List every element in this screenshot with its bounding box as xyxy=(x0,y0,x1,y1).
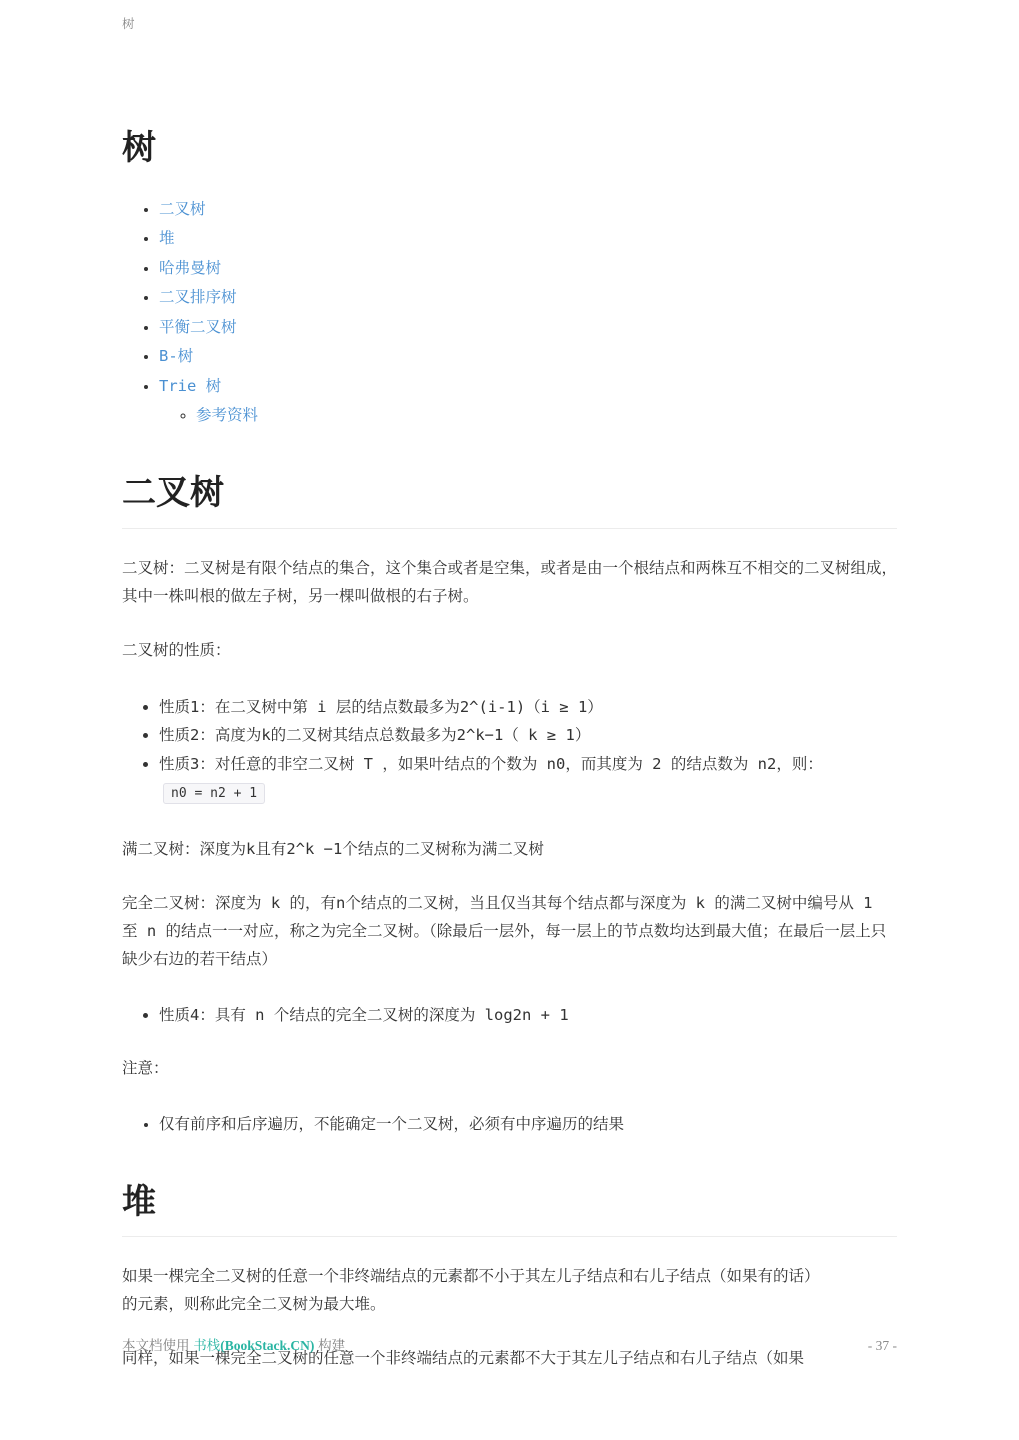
brand-latin: (BookStack.CN) xyxy=(220,1338,314,1353)
property-1: 性质1：在二叉树中第 i 层的结点数最多为2^(i-1)（i ≥ 1） xyxy=(159,693,897,722)
property-4: 性质4：具有 n 个结点的完全二叉树的深度为 log2n + 1 xyxy=(159,1001,897,1030)
toc-link-balanced-binary-tree[interactable]: 平衡二叉树 xyxy=(159,318,237,336)
toc-link-binary-tree[interactable]: 二叉树 xyxy=(159,200,206,218)
toc-item: B-树 xyxy=(159,342,897,372)
footer-build-note: 本文档使用 书栈(BookStack.CN) 构建 xyxy=(122,1334,345,1354)
section-heading-binary-tree: 二叉树 xyxy=(122,473,897,529)
property-3: 性质3：对任意的非空二叉树 T ，如果叶结点的个数为 n0，而其度为 2 的结点… xyxy=(159,750,897,809)
binary-tree-properties-list: 性质1：在二叉树中第 i 层的结点数最多为2^(i-1)（i ≥ 1） 性质2：… xyxy=(122,693,897,809)
property-3-code: n0 = n2 + 1 xyxy=(163,783,265,804)
complete-binary-tree-definition: 完全二叉树：深度为 k 的，有n个结点的二叉树，当且仅当其每个结点都与深度为 k… xyxy=(122,889,897,973)
toc-link-huffman-tree[interactable]: 哈弗曼树 xyxy=(159,259,221,277)
toc-item: 堆 xyxy=(159,224,897,254)
running-header: 树 xyxy=(122,14,897,32)
toc-item: 平衡二叉树 xyxy=(159,313,897,343)
toc-link-heap[interactable]: 堆 xyxy=(159,229,175,247)
toc-item: Trie 树 参考资料 xyxy=(159,372,897,431)
footer-prefix: 本文档使用 xyxy=(122,1338,193,1353)
binary-tree-properties-label: 二叉树的性质： xyxy=(122,637,897,665)
toc-subitem: 参考资料 xyxy=(196,401,897,431)
toc-item: 二叉排序树 xyxy=(159,283,897,313)
binary-tree-definition: 二叉树：二叉树是有限个结点的集合，这个集合或者是空集，或者是由一个根结点和两株互… xyxy=(122,555,897,611)
document-page: 树 树 二叉树 堆 哈弗曼树 二叉排序树 平衡二叉树 B-树 Trie 树 参考… xyxy=(0,0,1019,1440)
page-number: - 37 - xyxy=(868,1338,897,1354)
brand-cjk: 书栈 xyxy=(193,1338,220,1353)
note-label: 注意： xyxy=(122,1055,897,1083)
section-heading-heap: 堆 xyxy=(122,1182,897,1238)
toc-link-b-tree[interactable]: B-树 xyxy=(159,347,193,365)
bookstack-brand-link[interactable]: 书栈(BookStack.CN) xyxy=(193,1338,314,1353)
heap-paragraph-1: 如果一棵完全二叉树的任意一个非终端结点的元素都不小于其左儿子结点和右儿子结点（如… xyxy=(122,1263,897,1319)
page-footer: 本文档使用 书栈(BookStack.CN) 构建 - 37 - xyxy=(122,1334,897,1354)
toc-link-references[interactable]: 参考资料 xyxy=(196,406,258,424)
toc-list: 二叉树 堆 哈弗曼树 二叉排序树 平衡二叉树 B-树 Trie 树 参考资料 xyxy=(122,195,897,431)
note-item: 仅有前序和后序遍历，不能确定一个二叉树，必须有中序遍历的结果 xyxy=(159,1111,897,1140)
toc-item: 哈弗曼树 xyxy=(159,254,897,284)
property-4-list: 性质4：具有 n 个结点的完全二叉树的深度为 log2n + 1 xyxy=(122,1001,897,1030)
footer-suffix: 构建 xyxy=(314,1338,345,1353)
note-list: 仅有前序和后序遍历，不能确定一个二叉树，必须有中序遍历的结果 xyxy=(122,1111,897,1140)
property-2: 性质2：高度为k的二叉树其结点总数最多为2^k−1（ k ≥ 1） xyxy=(159,721,897,750)
page-title: 树 xyxy=(122,128,897,169)
section-binary-tree: 二叉树 二叉树：二叉树是有限个结点的集合，这个集合或者是空集，或者是由一个根结点… xyxy=(122,473,897,1140)
toc-link-trie-tree[interactable]: Trie 树 xyxy=(159,377,221,395)
toc-link-binary-sort-tree[interactable]: 二叉排序树 xyxy=(159,288,237,306)
full-binary-tree-definition: 满二叉树：深度为k且有2^k −1个结点的二叉树称为满二叉树 xyxy=(122,835,897,863)
toc-item: 二叉树 xyxy=(159,195,897,225)
property-3-text: 性质3：对任意的非空二叉树 T ，如果叶结点的个数为 n0，而其度为 2 的结点… xyxy=(159,755,823,773)
toc-sublist: 参考资料 xyxy=(159,401,897,431)
